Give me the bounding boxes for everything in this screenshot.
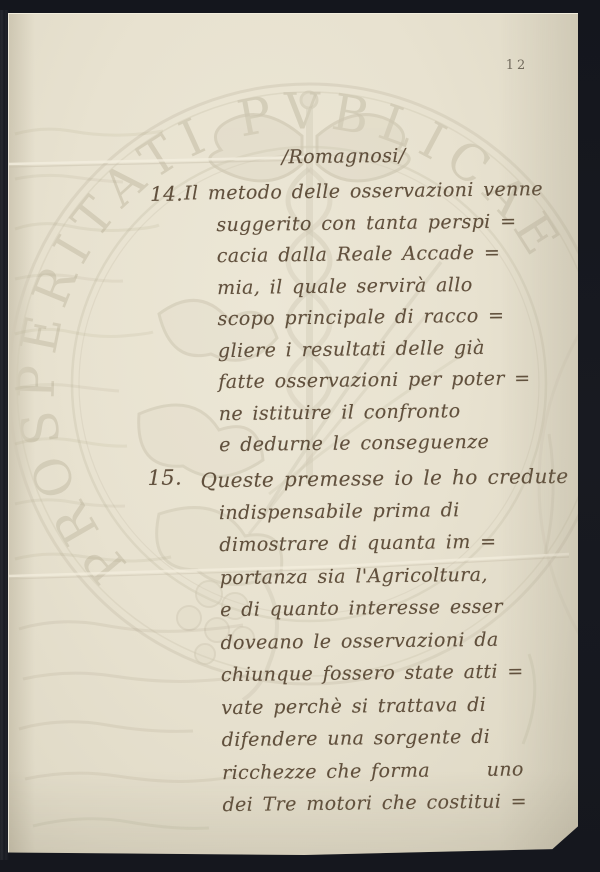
paragraph-15: Queste premesse io le ho credute indispe…: [218, 460, 572, 822]
scan-background: PROSPERITATI PVBLICAE: [0, 0, 600, 872]
manuscript-page: PROSPERITATI PVBLICAE: [8, 13, 578, 855]
book-binding-edge: [0, 10, 9, 860]
handwriting-line: difendere una sorgente di: [222, 720, 572, 757]
handwriting-line: e di quanto interesse esser: [220, 590, 570, 627]
handwriting-line: chiunque fossero state atti =: [221, 655, 571, 692]
handwriting-line: mia, il quale servirà allo: [217, 268, 567, 304]
handwriting-line: vate perchè si trattava di: [221, 687, 571, 724]
paragraph-number-14: 14.: [150, 182, 183, 206]
handwriting-line: Queste premesse io le ho credute: [218, 460, 568, 497]
handwriting-line: dimostrare di quanta im =: [219, 525, 569, 562]
handwriting-line: ricchezze che forma uno: [222, 752, 572, 789]
paragraph-number-15: 15.: [147, 466, 182, 490]
handwriting-line: doveano le osservazioni da: [220, 622, 570, 659]
handwriting-line: ne istituire il confronto: [219, 394, 569, 430]
handwriting-line: fatte osservazioni per poter =: [218, 363, 568, 399]
handwriting-line: suggerito con tanta perspi =: [216, 205, 566, 241]
handwriting-line: e dedurne le conseguenze: [219, 426, 569, 462]
handwriting-line: portanza sia l'Agricoltura,: [220, 557, 570, 594]
handwriting-line: dei Tre motori che costitui =: [222, 785, 572, 822]
handwriting-line: indispensabile prima di: [219, 492, 569, 529]
paragraph-14: Il metodo delle osservazioni venne sugge…: [216, 174, 569, 462]
handwriting-line: scopo principale di racco =: [217, 300, 567, 336]
section-header: /Romagnosi/: [281, 145, 405, 169]
handwriting-layer: /Romagnosi/ 14. Il metodo delle osservaz…: [4, 11, 583, 859]
handwriting-line: Il metodo delle osservazioni venne: [216, 174, 566, 210]
handwriting-line: gliere i resultati delle già: [218, 331, 568, 367]
handwriting-line: cacia dalla Reale Accade =: [217, 237, 567, 273]
